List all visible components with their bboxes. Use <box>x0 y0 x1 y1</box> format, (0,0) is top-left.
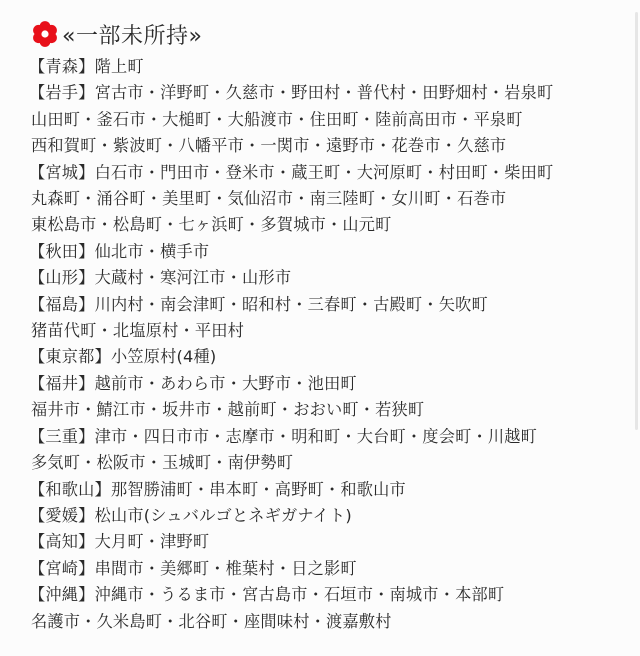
entry-akita: 【秋田】仙北市・横手市 <box>31 239 631 265</box>
entry-yamagata: 【山形】大蔵村・寒河江市・山形市 <box>31 265 631 291</box>
entry-kochi: 【高知】大月町・津野町 <box>31 529 631 555</box>
prefecture-label: 【福島】 <box>29 295 95 314</box>
municipality-list: 川内村・南会津町・昭和村・三春町・古殿町・矢吹町 <box>95 295 488 314</box>
prefecture-label: 【宮城】 <box>29 163 95 182</box>
vertical-scrollbar[interactable] <box>635 12 638 430</box>
entry-wakayama: 【和歌山】那智勝浦町・串本町・高野町・和歌山市 <box>31 477 631 503</box>
entry-ehime: 【愛媛】松山市(シュバルゴとネギガナイト) <box>31 503 631 529</box>
municipality-list: 那智勝浦町・串本町・高野町・和歌山市 <box>111 480 406 499</box>
page-title: «一部未所持» <box>62 19 202 50</box>
entry-mie: 【三重】津市・四日市市・志摩市・明和町・大台町・度会町・川越町 多気町・松阪市・… <box>31 424 631 477</box>
municipality-list: 白石市・門田市・登米市・蔵王町・大河原町・村田町・柴田町 <box>95 163 554 182</box>
municipality-list-continued: 福井市・鯖江市・坂井市・越前町・おおい町・若狭町 <box>31 397 631 423</box>
prefecture-label: 【沖縄】 <box>29 585 95 604</box>
entry-fukushima: 【福島】川内村・南会津町・昭和村・三春町・古殿町・矢吹町 猪苗代町・北塩原村・平… <box>31 292 631 345</box>
municipality-list: 小笠原村(4種) <box>111 347 216 366</box>
municipality-list-continued: 名護市・久米島町・北谷町・座間味村・渡嘉敷村 <box>31 609 631 635</box>
municipality-list: 松山市(シュバルゴとネギガナイト) <box>95 506 352 525</box>
municipality-list: 津市・四日市市・志摩市・明和町・大台町・度会町・川越町 <box>95 427 537 446</box>
municipality-list: 大月町・津野町 <box>95 532 210 551</box>
entry-fukui: 【福井】越前市・あわら市・大野市・池田町 福井市・鯖江市・坂井市・越前町・おおい… <box>31 371 631 424</box>
prefecture-label: 【愛媛】 <box>29 506 95 525</box>
prefecture-label: 【和歌山】 <box>29 480 111 499</box>
municipality-list: 越前市・あわら市・大野市・池田町 <box>95 374 357 393</box>
red-flower-icon <box>31 20 59 48</box>
municipality-list: 階上町 <box>95 57 144 76</box>
prefecture-label: 【東京都】 <box>29 347 111 366</box>
prefecture-label: 【高知】 <box>29 532 95 551</box>
municipality-list: 串間市・美郷町・椎葉村・日之影町 <box>95 559 357 578</box>
prefecture-label: 【岩手】 <box>29 83 95 102</box>
municipality-list-continued: 丸森町・涌谷町・美里町・気仙沼市・南三陸町・女川町・石巻市 <box>31 186 631 212</box>
prefecture-label: 【三重】 <box>29 427 95 446</box>
prefecture-label: 【秋田】 <box>29 242 95 261</box>
municipality-list: 宮古市・洋野町・久慈市・野田村・普代村・田野畑村・岩泉町 <box>95 83 554 102</box>
document-body: «一部未所持» 【青森】階上町 【岩手】宮古市・洋野町・久慈市・野田村・普代村・… <box>31 16 631 635</box>
municipality-list-continued: 猪苗代町・北塩原村・平田村 <box>31 318 631 344</box>
entry-okinawa: 【沖縄】沖縄市・うるま市・宮古島市・石垣市・南城市・本部町 名護市・久米島町・北… <box>31 582 631 635</box>
municipality-list-continued: 山田町・釜石市・大槌町・大船渡市・住田町・陸前高田市・平泉町 <box>31 107 631 133</box>
entry-iwate: 【岩手】宮古市・洋野町・久慈市・野田村・普代村・田野畑村・岩泉町 山田町・釜石市… <box>31 80 631 159</box>
prefecture-label: 【宮崎】 <box>29 559 95 578</box>
entry-miyagi: 【宮城】白石市・門田市・登米市・蔵王町・大河原町・村田町・柴田町 丸森町・涌谷町… <box>31 160 631 239</box>
municipality-list-continued: 多気町・松阪市・玉城町・南伊勢町 <box>31 450 631 476</box>
municipality-list-continued: 西和賀町・紫波町・八幡平市・一関市・遠野市・花巻市・久慈市 <box>31 133 631 159</box>
municipality-list: 沖縄市・うるま市・宮古島市・石垣市・南城市・本部町 <box>95 585 505 604</box>
entry-aomori: 【青森】階上町 <box>31 54 631 80</box>
title-row: «一部未所持» <box>31 16 631 52</box>
municipality-list: 大蔵村・寒河江市・山形市 <box>95 268 292 287</box>
entry-tokyo: 【東京都】小笠原村(4種) <box>31 344 631 370</box>
municipality-list: 仙北市・横手市 <box>95 242 210 261</box>
entry-miyazaki: 【宮崎】串間市・美郷町・椎葉村・日之影町 <box>31 556 631 582</box>
prefecture-label: 【福井】 <box>29 374 95 393</box>
municipality-list-continued: 東松島市・松島町・七ヶ浜町・多賀城市・山元町 <box>31 212 631 238</box>
prefecture-label: 【山形】 <box>29 268 95 287</box>
prefecture-label: 【青森】 <box>29 57 95 76</box>
